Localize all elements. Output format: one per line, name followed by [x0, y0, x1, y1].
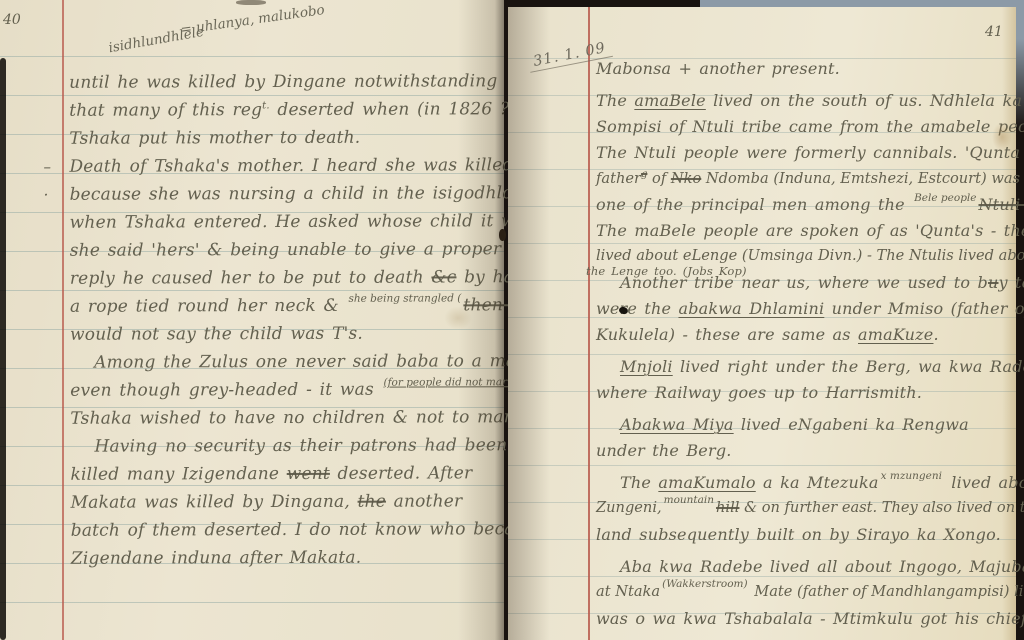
- handwritten-line: was o wa kwa Tshabalala - Mtimkulu got h…: [596, 609, 1012, 635]
- text-segment: where Railway goes up to Harrismith.: [596, 383, 922, 402]
- interlinear-insertion: (Wakkerstroom): [662, 578, 748, 590]
- text-segment: under the Berg.: [596, 441, 732, 460]
- text-segment: deserted. After: [330, 463, 472, 483]
- handwritten-line: batch of them deserted. I do not know wh…: [71, 519, 501, 549]
- text-segment: lived about: [944, 473, 1024, 492]
- handwritten-line: ·because she was nursing a child in the …: [70, 183, 500, 213]
- text-segment: The: [620, 473, 658, 492]
- handwritten-line: killed many Izigendane went deserted. Af…: [70, 463, 500, 493]
- interlinear-insertion: x mzungeni: [881, 470, 942, 482]
- text-segment: The: [596, 91, 634, 110]
- handwritten-line: Abakwa Miya lived eNgabeni ka Rengwa: [596, 415, 1012, 441]
- text-segment: Sompisi of Ntuli tribe came from the ama…: [596, 117, 1024, 136]
- text-segment: lived eNgabeni ka Rengwa: [734, 415, 969, 434]
- handwritten-line: Tshaka put his mother to death.: [69, 127, 499, 157]
- margin-mark: –: [43, 158, 51, 176]
- handwritten-line: The maBele people are spoken of as 'Qunt…: [596, 221, 1012, 247]
- text-segment: abakwa Dhlamini: [678, 299, 824, 318]
- handwritten-line: land subsequently built on by Sirayo ka …: [596, 525, 1012, 551]
- struck-text: Nko: [671, 170, 701, 187]
- text-segment: Makata was killed by Dingana,: [71, 492, 358, 513]
- handwritten-line: Another tribe near us, where we used to …: [596, 273, 1012, 299]
- handwritten-line: where Railway goes up to Harrismith.: [596, 383, 1012, 409]
- gutter-shadow-right-page: [508, 7, 550, 640]
- red-margin-line: [588, 7, 590, 640]
- handwritten-line: Zungeni,mountainhill & on further east. …: [596, 499, 1012, 525]
- text-segment: she said 'hers' & being unable to give a…: [70, 239, 501, 261]
- handwritten-line: Makata was killed by Dingana, the anothe…: [71, 491, 501, 521]
- paper-stain: [992, 122, 1012, 152]
- handwritten-line: at Ntaka(Wakkerstroom) Mate (father of M…: [596, 583, 1012, 609]
- text-segment: one of the principal men among the: [596, 195, 912, 214]
- handwritten-line: she said 'hers' & being unable to give a…: [70, 239, 500, 269]
- text-segment: another: [386, 491, 462, 511]
- text-segment: y tobacco,: [999, 273, 1024, 292]
- text-segment: Zungeni,: [596, 499, 662, 516]
- handwritten-line: Zigendane induna after Makata.: [71, 547, 501, 577]
- notebook-spread-photo: 40 isidhlundhlele = uhlanya, malukobo un…: [0, 0, 1024, 640]
- text-segment: was o wa kwa Tshabalala - Mtimkulu got h…: [596, 609, 1024, 628]
- left-page-text: until he was killed by Dingane notwithst…: [69, 71, 501, 576]
- text-segment: under Mmiso (father of: [824, 299, 1024, 318]
- handwritten-line: when Tshaka entered. He asked whose chil…: [70, 211, 500, 241]
- interlinear-insertion: mountain: [664, 494, 714, 506]
- text-segment: even though grey-headed - it was: [70, 380, 381, 401]
- text-segment: Another tribe near us, where we used to …: [620, 273, 988, 292]
- text-segment: amaBele: [634, 91, 705, 110]
- text-segment: amaKumalo: [658, 473, 755, 492]
- text-segment: at Ntaka: [596, 583, 660, 600]
- text-segment: killed many Izigendane: [70, 464, 286, 485]
- handwritten-line: a rope tied round her neck & she being s…: [70, 295, 500, 325]
- text-segment: reply he caused her to be put to death: [70, 267, 432, 288]
- text-segment: Mnjoli: [620, 357, 673, 376]
- text-segment: lived about eLenge (Umsinga Divn.) - The…: [596, 247, 1024, 264]
- text-segment: Death of Tshaka's mother. I heard she wa…: [69, 155, 513, 177]
- text-segment: Aba kwa Radebe lived all about Ingogo, M…: [620, 557, 1024, 576]
- text-segment: Mate (father of Mandhlangampisi) lived. …: [750, 583, 1024, 600]
- handwritten-line: one of the principal men among the Bele …: [596, 195, 1012, 221]
- struck-text: hill: [716, 499, 739, 516]
- handwritten-line: that many of this regt. deserted when (i…: [69, 99, 499, 129]
- handwritten-line: The Ntuli people were formerly cannibals…: [596, 143, 1012, 169]
- text-segment: a ka Mtezuka: [756, 473, 879, 492]
- text-segment: .: [933, 325, 938, 344]
- text-segment: of: [647, 170, 670, 187]
- margin-mark: ·: [44, 186, 49, 204]
- text-segment: Having no security as their patrons had …: [94, 435, 507, 456]
- handwritten-line: Mnjoli lived right under the Berg, wa kw…: [596, 357, 1012, 383]
- text-segment: Mabonsa + another present.: [596, 59, 840, 78]
- top-smudge: [236, 0, 266, 5]
- text-segment: Ndomba (Induna, Emtshezi, Estcourt) was: [701, 170, 1020, 187]
- text-segment: The maBele people are spoken of as 'Qunt…: [596, 221, 1024, 240]
- text-segment: were the: [596, 299, 678, 318]
- text-segment: Zigendane induna after Makata.: [71, 548, 362, 569]
- handwritten-line: would not say the child was T's.: [70, 323, 500, 353]
- handwritten-line: were the abakwa Dhlamini under Mmiso (fa…: [596, 299, 1012, 325]
- handwritten-line: under the Berg.: [596, 441, 1012, 467]
- handwritten-line: even though grey-headed - it was (for pe…: [70, 379, 500, 409]
- photo-left-edge: [0, 58, 6, 640]
- text-segment: that many of this reg: [69, 100, 262, 121]
- right-page-text: Mabonsa + another present.The amaBele li…: [596, 59, 1012, 635]
- text-segment: & on further east. They also lived on th…: [739, 499, 1024, 516]
- gutter-ink-spot: [499, 229, 506, 241]
- text-segment: father: [596, 170, 641, 187]
- handwritten-line: until he was killed by Dingane notwithst…: [69, 71, 499, 101]
- handwritten-line: The amaKumalo a ka Mtezukax mzungeni liv…: [596, 473, 1012, 499]
- text-segment: until he was killed by Dingane notwithst…: [69, 71, 497, 92]
- left-page: 40 isidhlundhlele = uhlanya, malukobo un…: [0, 0, 504, 640]
- text-segment: The Ntuli people were formerly cannibals…: [596, 143, 1020, 162]
- text-segment: Tshaka put his mother to death.: [69, 128, 360, 149]
- handwritten-line: Tshaka wished to have no children & not …: [70, 407, 500, 437]
- text-segment: a rope tied round her neck &: [70, 296, 347, 317]
- interlinear-insertion: she being strangled (: [348, 292, 461, 304]
- handwritten-line: Aba kwa Radebe lived all about Ingogo, M…: [596, 557, 1012, 583]
- page-number-left: 40: [3, 12, 21, 28]
- paper-stain: [444, 306, 472, 330]
- text-segment: land subsequently built on by Sirayo ka …: [596, 525, 1001, 544]
- handwritten-line: The amaBele lived on the south of us. Nd…: [596, 91, 1012, 117]
- struck-text: Ntuli cannibals: [978, 195, 1024, 214]
- struck-text: u: [988, 273, 999, 292]
- handwritten-line: Sompisi of Ntuli tribe came from the ama…: [596, 117, 1012, 143]
- struck-text: &c: [431, 267, 456, 287]
- text-segment: Abakwa Miya: [620, 415, 734, 434]
- red-margin-line: [62, 0, 64, 640]
- handwritten-line: Kukulela) - these are same as amaKuze.: [596, 325, 1012, 351]
- text-segment: amaKuze: [858, 325, 933, 344]
- text-segment: Kukulela) - these are same as: [596, 325, 858, 344]
- interlinear-insertion: Bele people: [914, 192, 976, 204]
- struck-text: the: [358, 492, 387, 512]
- right-page: 41 31. 1. 09 Mabonsa + another present.T…: [508, 7, 1016, 640]
- handwritten-line: –Death of Tshaka's mother. I heard she w…: [69, 155, 499, 185]
- interlinear-insertion: t.: [262, 100, 270, 111]
- text-segment: because she was nursing a child in the i…: [70, 183, 513, 205]
- text-segment: would not say the child was T's.: [70, 324, 363, 345]
- struck-text: went: [287, 464, 330, 484]
- text-segment: lived right under the Berg, wa kwa Radeb…: [673, 357, 1024, 376]
- text-segment: lived on the south of us. Ndhlela ka: [706, 91, 1022, 110]
- page-number-right: 41: [985, 24, 1003, 40]
- handwritten-line: Having no security as their patrons had …: [70, 435, 500, 465]
- handwritten-line: Mabonsa + another present.: [596, 59, 1012, 85]
